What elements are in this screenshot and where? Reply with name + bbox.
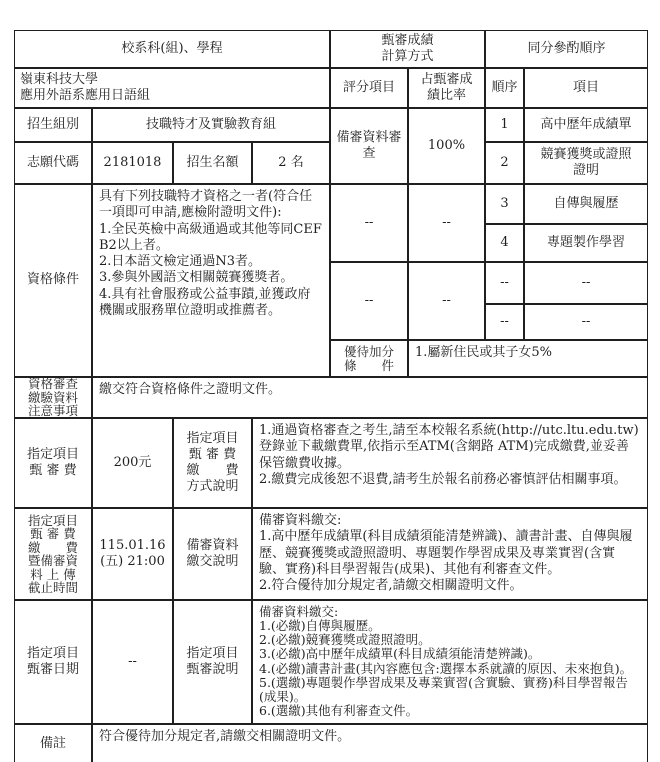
exam-desc-content: 備審資料繳交: 1.(必繳)自傳與履歷。 2.(必繳)競賽獲獎或證照證明。 3.… [252, 600, 648, 724]
recruit-group-value: 技職特才及實驗教育組 [92, 108, 330, 142]
fee-value: 200元 [92, 418, 173, 508]
recruit-group-label: 招生組別 [14, 108, 92, 142]
eval-item-dash-2: -- [330, 262, 408, 340]
score-ratio-dash-2: -- [408, 262, 485, 340]
tiebreak-order-3: 3 [485, 184, 524, 224]
eval-item-header: 評分項目 [330, 68, 408, 108]
note-content: 符合優待加分規定者,請繳交相關證明文件。 [92, 724, 648, 762]
header-tiebreak-order: 同分參酌順序 [485, 30, 648, 68]
docs-submit-content: 備審資料繳交: 1.高中歷年成績單(科目成績須能清楚辨識)、讀書計畫、自傳與履歷… [252, 508, 648, 600]
tiebreak-item-4: 專題製作學習 [524, 224, 648, 262]
score-ratio-dash-1: -- [408, 184, 485, 262]
wish-code-value: 2181018 [92, 142, 173, 184]
review-docs-label: 資格審查 繳驗資料 注意事項 [14, 377, 92, 418]
tiebreak-order-5: -- [485, 262, 524, 304]
tiebreak-item-2: 競賽獲獎或證照 證明 [524, 142, 648, 184]
tiebreak-order-1: 1 [485, 108, 524, 142]
tiebreak-item-header: 項目 [524, 68, 648, 108]
bonus-condition-label: 優待加分 條 件 [330, 340, 408, 377]
fee-method-label: 指定項目 甄 審 費 繳 費 方式說明 [173, 418, 252, 508]
bonus-condition-value: 1.屬新住民或其子女5% [408, 340, 648, 377]
qualification-label: 資格條件 [14, 184, 92, 377]
header-school-program: 校系科(組)、學程 [14, 30, 330, 68]
school-department-name: 嶺東科技大學 應用外語系應用日語組 [14, 68, 330, 108]
upload-deadline-value: 115.01.16 (五) 21:00 [92, 508, 173, 600]
exam-desc-label: 指定項目 甄審說明 [173, 600, 252, 724]
eval-item-dash-1: -- [330, 184, 408, 262]
tiebreak-item-1: 高中歷年成績單 [524, 108, 648, 142]
header-score-calculation: 甄審成績 計算方式 [330, 30, 485, 68]
exam-date-label: 指定項目 甄審日期 [14, 600, 92, 724]
review-docs-content: 繳交符合資格條件之證明文件。 [92, 377, 648, 418]
score-ratio-header: 占甄審成 績比率 [408, 68, 485, 108]
tiebreak-order-4: 4 [485, 224, 524, 262]
tiebreak-order-2: 2 [485, 142, 524, 184]
fee-label: 指定項目 甄 審 費 [14, 418, 92, 508]
docs-submit-label: 備審資料 繳交說明 [173, 508, 252, 600]
quota-value: 2 名 [252, 142, 330, 184]
quota-label: 招生名額 [173, 142, 252, 184]
tiebreak-order-header: 順序 [485, 68, 524, 108]
upload-deadline-label: 指定項目 甄 審 費 繳 費 暨備審資 料 上 傳 截止時間 [14, 508, 92, 600]
score-ratio-value: 100% [408, 108, 485, 184]
fee-method-content: 1.通過資格審查之考生,請至本校報名系統(http://utc.ltu.edu.… [252, 418, 648, 508]
qualification-content: 具有下列技職特才資格之一者(符合任一項即可申請,應檢附證明文件): 1.全民英檢… [92, 184, 330, 377]
wish-code-label: 志願代碼 [14, 142, 92, 184]
exam-date-value: -- [92, 600, 173, 724]
tiebreak-order-6: -- [485, 304, 524, 340]
tiebreak-item-3: 自傳與履歷 [524, 184, 648, 224]
tiebreak-item-5: -- [524, 262, 648, 304]
admission-criteria-document: 校系科(組)、學程 甄審成績 計算方式 同分參酌順序 嶺東科技大學 應用外語系應… [0, 0, 660, 762]
tiebreak-item-6: -- [524, 304, 648, 340]
eval-item-value: 備審資料審查 [330, 108, 408, 184]
note-label: 備註 [14, 724, 92, 762]
